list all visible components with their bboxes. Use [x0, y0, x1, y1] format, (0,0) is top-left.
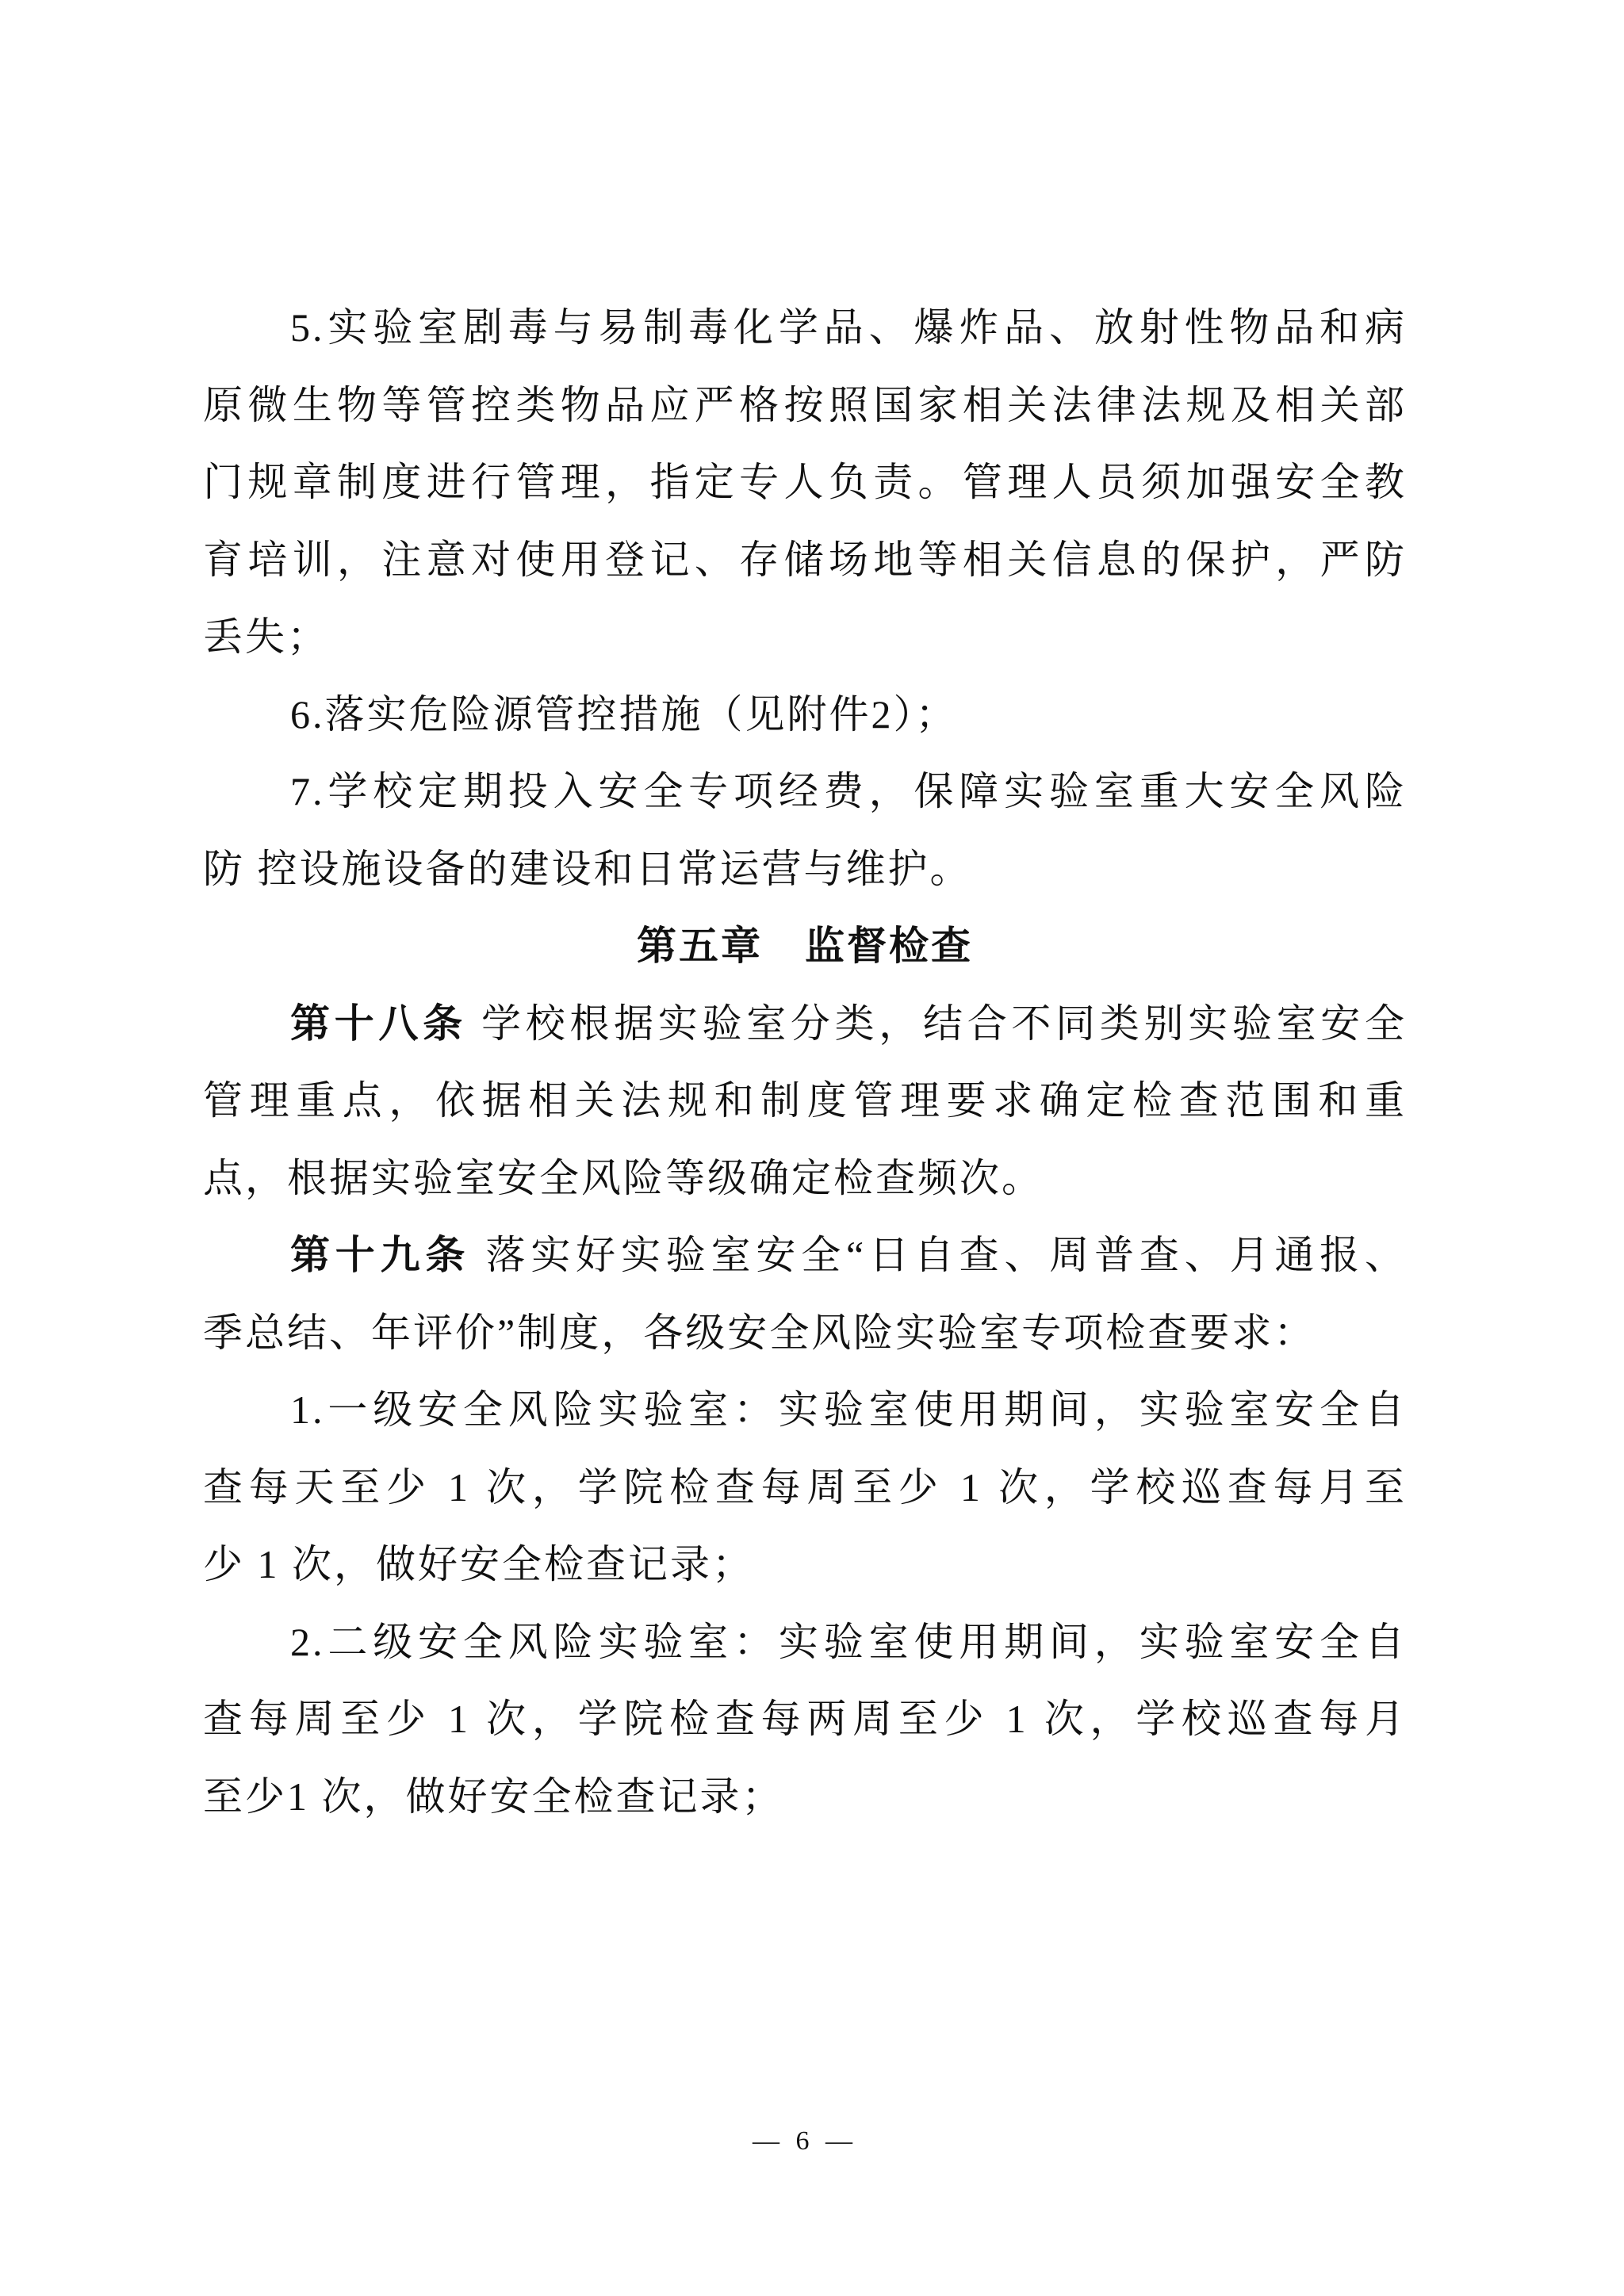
item-5-line-3: 门规章制度进行管理，指定专人负责。管理人员须加强安全教: [203, 444, 1407, 522]
text-segment: 防 控设施设备的建设和日常运营与维护。: [203, 847, 972, 891]
level-2-line-1: 2.二级安全风险实验室：实验室使用期间，实验室安全自: [203, 1604, 1407, 1682]
article-19-line-1: 第十九条 落实好实验室安全“日自查、周普查、月通报、: [203, 1217, 1407, 1295]
document-page: 5.实验室剧毒与易制毒化学品、爆炸品、放射性物品和病原微生物等管控类物品应严格按…: [0, 0, 1624, 2296]
text-segment: 丢失；: [203, 614, 329, 659]
text-segment: 原微生物等管控类物品应严格按照国家相关法律法规及相关部: [203, 383, 1407, 427]
text-segment: 落实好实验室安全“日自查、周普查、月通报、: [470, 1233, 1407, 1277]
text-segment: 学校根据实验室分类，结合不同类别实验室安全: [467, 1001, 1407, 1046]
text-segment: 查每天至少 1 次，学院检查每周至少 1 次，学校巡查每月至: [203, 1465, 1407, 1510]
article-19-line-2: 季总结、年评价”制度，各级安全风险实验室专项检查要求：: [203, 1295, 1407, 1372]
text-segment: 点，根据实验室安全风险等级确定检查频次。: [203, 1156, 1044, 1200]
level-1-line-2: 查每天至少 1 次，学院检查每周至少 1 次，学校巡查每月至: [203, 1449, 1407, 1527]
item-7-line-1: 7.学校定期投入安全专项经费，保障实验室重大安全风险: [203, 753, 1407, 831]
text-segment: 6.落实危险源管控措施（见附件2）；: [290, 692, 958, 737]
text-segment: 查每周至少 1 次，学院检查每两周至少 1 次，学校巡查每月: [203, 1697, 1407, 1741]
text-segment: 1.一级安全风险实验室：实验室使用期间，实验室安全自: [290, 1387, 1407, 1432]
text-segment: 7.学校定期投入安全专项经费，保障实验室重大安全风险: [290, 769, 1407, 813]
text-segment: 2.二级安全风险实验室：实验室使用期间，实验室安全自: [290, 1620, 1407, 1664]
item-5-line-1: 5.实验室剧毒与易制毒化学品、爆炸品、放射性物品和病: [203, 289, 1407, 367]
text-segment: 育培训，注意对使用登记、存储场地等相关信息的保护，严防: [203, 538, 1407, 582]
item-7-line-2: 防 控设施设备的建设和日常运营与维护。: [203, 831, 1407, 909]
bold-text-segment: 第五章 监督检查: [637, 924, 973, 968]
level-2-line-3: 至少1 次，做好安全检查记录；: [203, 1758, 1407, 1836]
text-segment: 5.实验室剧毒与易制毒化学品、爆炸品、放射性物品和病: [290, 305, 1407, 350]
level-1-line-1: 1.一级安全风险实验室：实验室使用期间，实验室安全自: [203, 1372, 1407, 1449]
bold-text-segment: 第十八条: [290, 1001, 467, 1046]
text-segment: 至少1 次，做好安全检查记录；: [203, 1774, 784, 1819]
text-segment: 门规章制度进行管理，指定专人负责。管理人员须加强安全教: [203, 460, 1407, 504]
text-segment: 管理重点，依据相关法规和制度管理要求确定检查范围和重: [203, 1078, 1407, 1123]
article-18-line-1: 第十八条 学校根据实验室分类，结合不同类别实验室安全: [203, 985, 1407, 1063]
level-1-line-3: 少 1 次，做好安全检查记录；: [203, 1526, 1407, 1604]
bold-text-segment: 第十九条: [290, 1233, 470, 1277]
text-segment: 少 1 次，做好安全检查记录；: [203, 1542, 754, 1586]
article-18-line-2: 管理重点，依据相关法规和制度管理要求确定检查范围和重: [203, 1062, 1407, 1140]
item-5-line-5: 丢失；: [203, 599, 1407, 676]
document-body: 5.实验室剧毒与易制毒化学品、爆炸品、放射性物品和病原微生物等管控类物品应严格按…: [203, 289, 1407, 1835]
level-2-line-2: 查每周至少 1 次，学院检查每两周至少 1 次，学校巡查每月: [203, 1681, 1407, 1758]
page-number: — 6 —: [203, 2126, 1407, 2156]
item-6-line-1: 6.落实危险源管控措施（见附件2）；: [203, 676, 1407, 754]
item-5-line-2: 原微生物等管控类物品应严格按照国家相关法律法规及相关部: [203, 367, 1407, 445]
item-5-line-4: 育培训，注意对使用登记、存储场地等相关信息的保护，严防: [203, 522, 1407, 599]
article-18-line-3: 点，根据实验室安全风险等级确定检查频次。: [203, 1140, 1407, 1218]
text-segment: 季总结、年评价”制度，各级安全风险实验室专项检查要求：: [203, 1311, 1316, 1355]
chapter-5-heading: 第五章 监督检查: [203, 908, 1407, 985]
